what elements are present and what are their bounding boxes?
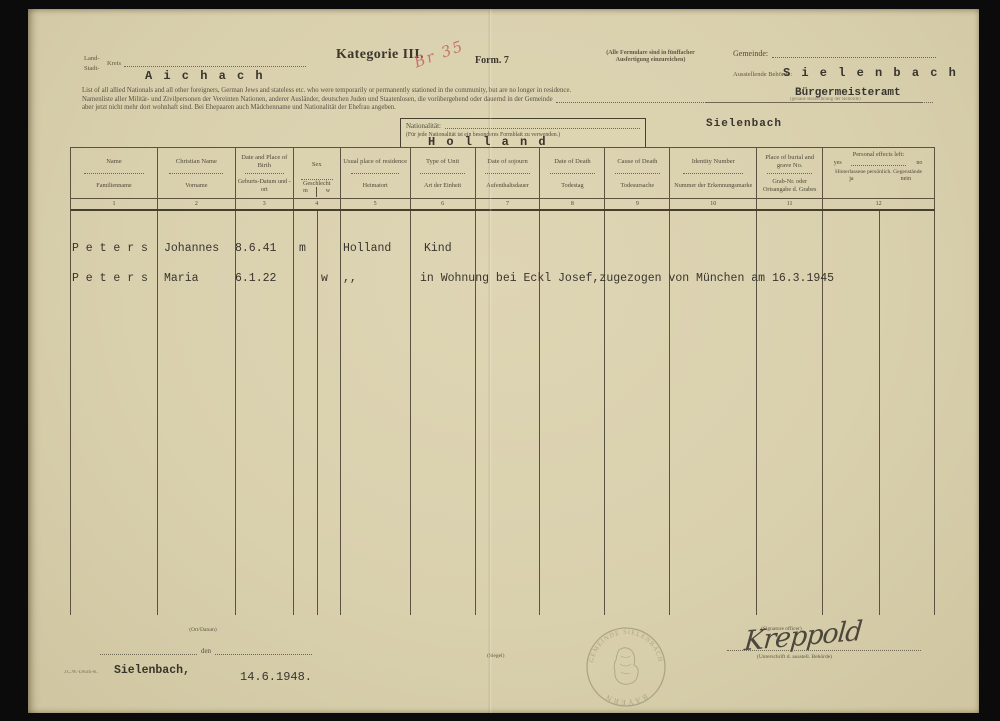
row1-name: P e t e r s bbox=[72, 242, 148, 255]
row1-residence: Holland bbox=[343, 242, 391, 255]
row2-remark: in Wohnung bei Eckl Josef,zugezogen von … bbox=[420, 272, 834, 285]
row2-name: P e t e r s bbox=[72, 272, 148, 285]
row1-birth: 8.6.41 bbox=[235, 242, 276, 255]
row1-remark: Kind bbox=[424, 242, 452, 255]
row2-residence: ,, bbox=[343, 272, 357, 285]
row2-birth: 6.1.22 bbox=[235, 272, 276, 285]
typed-entries-layer: P e t e r s Johannes 8.6.41 m Holland Ki… bbox=[28, 9, 979, 713]
row2-sex: w bbox=[321, 272, 328, 285]
row2-first-name: Maria bbox=[164, 272, 199, 285]
scan-background: Land- Kreis Stadt- A i c h a c h Kategor… bbox=[0, 0, 1000, 721]
document-page: Land- Kreis Stadt- A i c h a c h Kategor… bbox=[28, 9, 979, 713]
row1-sex: m bbox=[299, 242, 306, 255]
row1-first-name: Johannes bbox=[164, 242, 219, 255]
